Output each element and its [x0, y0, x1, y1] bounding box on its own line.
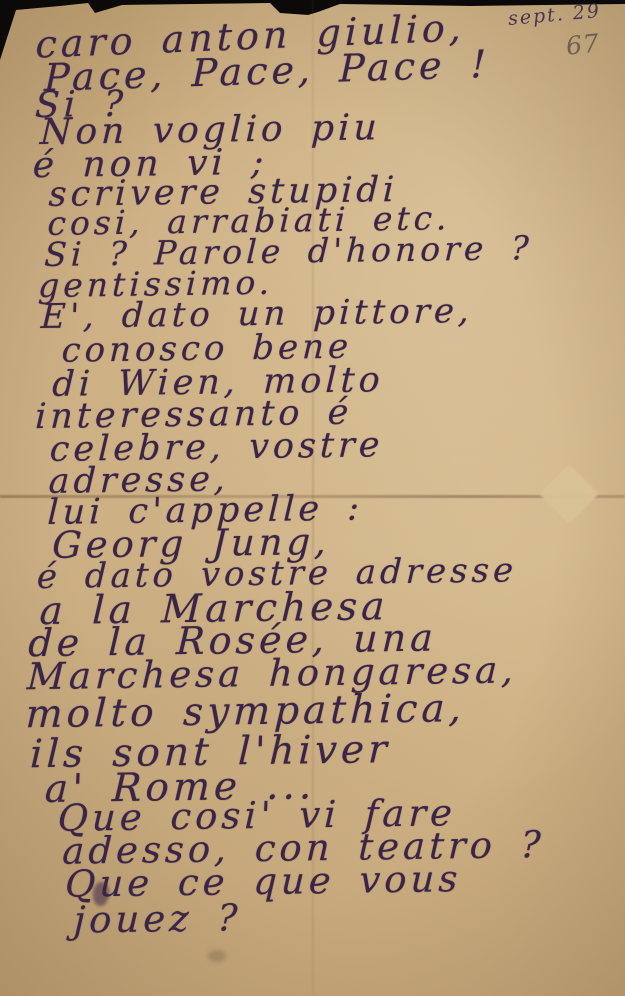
letter-line: Que ce que vous — [64, 860, 462, 903]
letter-line: jouez ? — [73, 899, 242, 938]
letter-body: caro anton giulio, Pace, Pace, Pace ! Si… — [0, 0, 625, 996]
letter-line: molto sympathica, — [25, 689, 466, 734]
scanned-letter: sept. 29 67 caro anton giulio, Pace, Pac… — [0, 0, 625, 996]
